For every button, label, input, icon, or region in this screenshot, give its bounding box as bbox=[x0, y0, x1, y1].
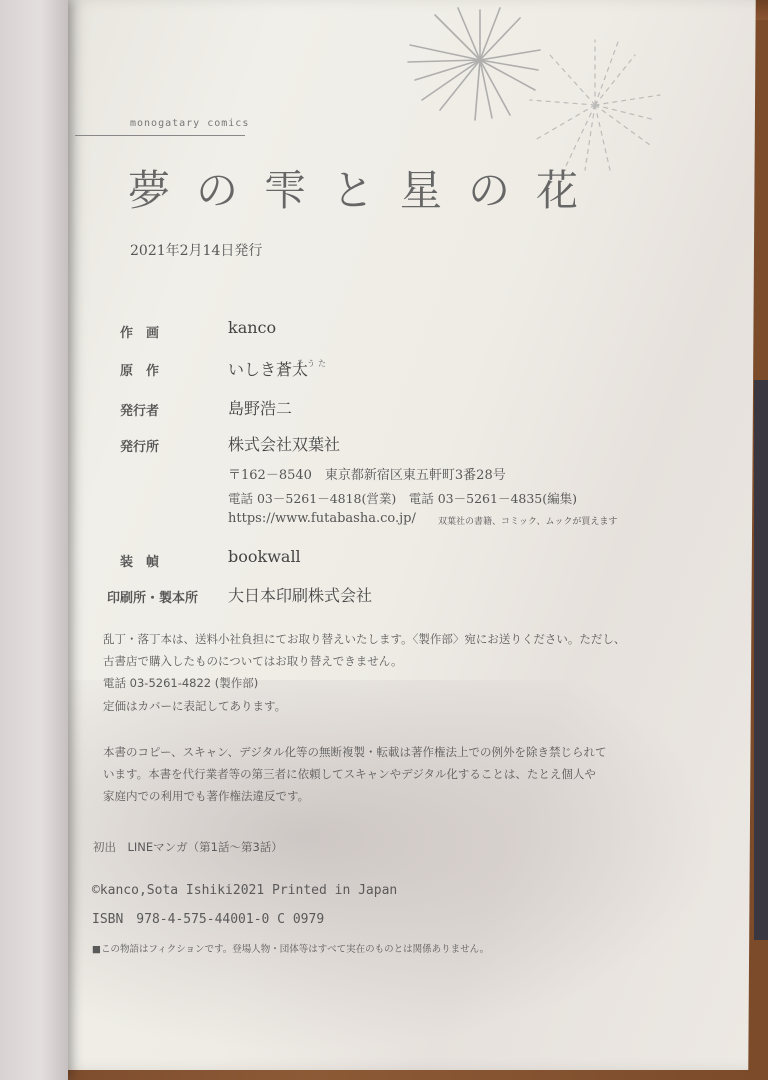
replacement-notice-2: 古書店で購入したものについてはお取り替えできません。 bbox=[103, 650, 402, 672]
copyright-line: ©kanco,Sota Ishiki2021 Printed in Japan bbox=[92, 883, 397, 898]
credit-label-original: 原 作 bbox=[120, 360, 159, 379]
credit-label-publishing-house: 発行所 bbox=[120, 436, 159, 455]
replacement-notice-1: 乱丁・落丁本は、送料小社負担にてお取り替えいたします。〈製作部〉宛にお送りくださ… bbox=[103, 628, 625, 650]
publisher-url[interactable]: https://www.futabasha.co.jp/ bbox=[228, 511, 416, 526]
copyright-notice-2: います。本書を代行業者等の第三者に依頼してスキャンやデジタル化することは、たとえ… bbox=[103, 763, 596, 785]
credit-value-publisher: 島野浩二 bbox=[228, 396, 292, 419]
book-title: 夢の雫と星の花 bbox=[128, 158, 604, 218]
first-appearance: 初出 LINEマンガ（第1話～第3話） bbox=[93, 836, 283, 858]
production-phone: 電話 03-5261-4822 (製作部) bbox=[103, 672, 258, 694]
series-label: monogatary comics bbox=[130, 118, 249, 129]
credit-value-original: いしき蒼太 bbox=[228, 357, 308, 380]
price-notice: 定価はカバーに表記してあります。 bbox=[103, 695, 286, 717]
copyright-notice-1: 本書のコピー、スキャン、デジタル化等の無断複製・転載は著作権法上での例外を除き禁… bbox=[103, 741, 606, 763]
credit-label-printer: 印刷所・製本所 bbox=[107, 587, 198, 606]
credit-label-design: 装 幀 bbox=[120, 551, 159, 570]
divider bbox=[75, 135, 245, 136]
postal-address: 〒162－8540 東京都新宿区東五軒町3番28号 bbox=[228, 464, 506, 483]
credit-value-artist: kanco bbox=[228, 318, 276, 337]
credit-label-artist: 作 画 bbox=[120, 322, 159, 341]
publication-date: 2021年2月14日発行 bbox=[130, 240, 262, 260]
book-cover-edge bbox=[754, 380, 768, 940]
url-note: 双葉社の書籍、コミック、ムックが買えます bbox=[438, 514, 617, 527]
fiction-disclaimer: ■この物語はフィクションです。登場人物・団体等はすべて実在のものとは関係ありませ… bbox=[92, 941, 489, 955]
phone-numbers: 電話 03－5261－4818(営業) 電話 03－5261－4835(編集) bbox=[228, 489, 577, 507]
credit-value-design: bookwall bbox=[228, 547, 301, 566]
facing-page-edge bbox=[0, 0, 68, 1080]
credit-value-printer: 大日本印刷株式会社 bbox=[228, 583, 372, 606]
credit-label-publisher: 発行者 bbox=[120, 400, 159, 419]
copyright-notice-3: 家庭内での利用でも著作権法違反です。 bbox=[103, 785, 309, 807]
credit-value-publishing-house: 株式会社双葉社 bbox=[228, 432, 340, 455]
isbn: ISBN 978-4-575-44001-0 C 0979 bbox=[92, 908, 324, 927]
